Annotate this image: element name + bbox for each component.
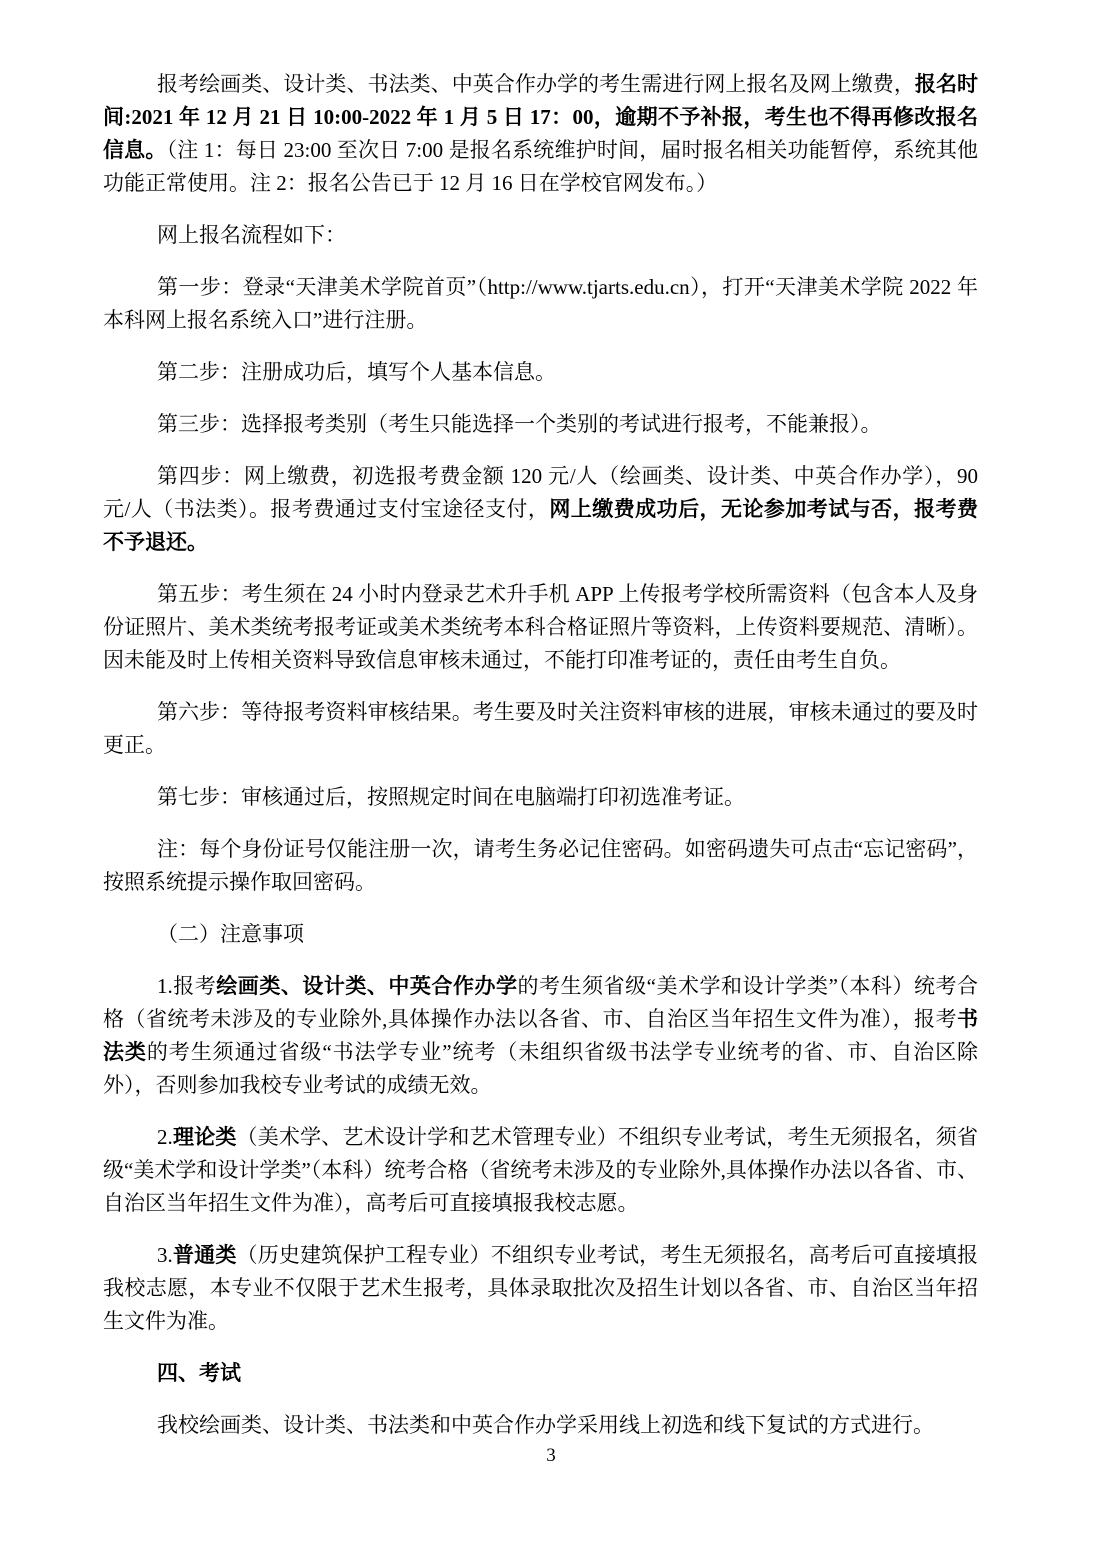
paragraph: （二）注意事项 — [103, 918, 978, 951]
paragraph: 第三步：选择报考类别（考生只能选择一个类别的考试进行报考，不能兼报）。 — [103, 408, 978, 441]
paragraph: 第二步：注册成功后，填写个人基本信息。 — [103, 356, 978, 389]
bold-text-run: 绘画类、设计类、中英合作办学 — [216, 974, 517, 998]
text-run: （二）注意事项 — [157, 922, 304, 946]
text-run: 网上报名流程如下： — [157, 223, 346, 247]
bold-text-run: 理论类 — [173, 1125, 237, 1149]
paragraph: 第四步：网上缴费，初选报考费金额 120 元/人（绘画类、设计类、中英合作办学）… — [103, 460, 978, 559]
page-number: 3 — [546, 1445, 556, 1466]
text-run: 第一步：登录“天津美术学院首页”（http://www.tjarts.edu.c… — [103, 275, 978, 332]
document-body: 报考绘画类、设计类、书法类、中英合作办学的考生需进行网上报名及网上缴费，报名时间… — [103, 68, 978, 1442]
paragraph: 第六步：等待报考资料审核结果。考生要及时关注资料审核的进展，审核未通过的要及时更… — [103, 696, 978, 762]
paragraph: 第五步：考生须在 24 小时内登录艺术升手机 APP 上传报考学校所需资料（包含… — [103, 578, 978, 677]
paragraph: 我校绘画类、设计类、书法类和中英合作办学采用线上初选和线下复试的方式进行。 — [103, 1409, 978, 1442]
text-run: 3. — [157, 1243, 173, 1267]
section-heading: 四、考试 — [103, 1357, 978, 1390]
text-run: 报考绘画类、设计类、书法类、中英合作办学的考生需进行网上报名及网上缴费， — [157, 72, 915, 96]
paragraph: 网上报名流程如下： — [103, 219, 978, 252]
paragraph: 报考绘画类、设计类、书法类、中英合作办学的考生需进行网上报名及网上缴费，报名时间… — [103, 68, 978, 200]
text-run: 第六步：等待报考资料审核结果。考生要及时关注资料审核的进展，审核未通过的要及时更… — [103, 700, 978, 757]
text-run: 第二步：注册成功后，填写个人基本信息。 — [157, 360, 556, 384]
text-run: 我校绘画类、设计类、书法类和中英合作办学采用线上初选和线下复试的方式进行。 — [157, 1413, 934, 1437]
page-footer: 3 — [0, 1444, 1102, 1468]
text-run: 第三步：选择报考类别（考生只能选择一个类别的考试进行报考，不能兼报）。 — [157, 412, 882, 436]
text-run: 2. — [157, 1125, 173, 1149]
paragraph: 第七步：审核通过后，按照规定时间在电脑端打印初选准考证。 — [103, 781, 978, 814]
paragraph: 3.普通类（历史建筑保护工程专业）不组织专业考试，考生无须报名，高考后可直接填报… — [103, 1239, 978, 1338]
text-run: 第五步：考生须在 24 小时内登录艺术升手机 APP 上传报考学校所需资料（包含… — [103, 582, 978, 672]
text-run: 1.报考 — [157, 974, 216, 998]
paragraph: 注：每个身份证号仅能注册一次，请考生务必记住密码。如密码遗失可点击“忘记密码”，… — [103, 833, 978, 899]
text-run: 注：每个身份证号仅能注册一次，请考生务必记住密码。如密码遗失可点击“忘记密码”，… — [103, 837, 978, 894]
text-run: （注 1：每日 23:00 至次日 7:00 是报名系统维护时间，届时报名相关功… — [103, 138, 978, 195]
bold-text-run: 普通类 — [173, 1243, 237, 1267]
text-run: 第七步：审核通过后，按照规定时间在电脑端打印初选准考证。 — [157, 785, 745, 809]
paragraph: 2.理论类（美术学、艺术设计学和艺术管理专业）不组织专业考试，考生无须报名，须省… — [103, 1121, 978, 1220]
document-page: 报考绘画类、设计类、书法类、中英合作办学的考生需进行网上报名及网上缴费，报名时间… — [0, 0, 1102, 1559]
text-run: 的考生须通过省级“书法学专业”统考（未组织省级书法学专业统考的省、市、自治区除外… — [103, 1040, 978, 1097]
paragraph: 1.报考绘画类、设计类、中英合作办学的考生须省级“美术学和设计学类”（本科）统考… — [103, 970, 978, 1102]
paragraph: 第一步：登录“天津美术学院首页”（http://www.tjarts.edu.c… — [103, 271, 978, 337]
bold-text-run: 四、考试 — [157, 1361, 241, 1385]
